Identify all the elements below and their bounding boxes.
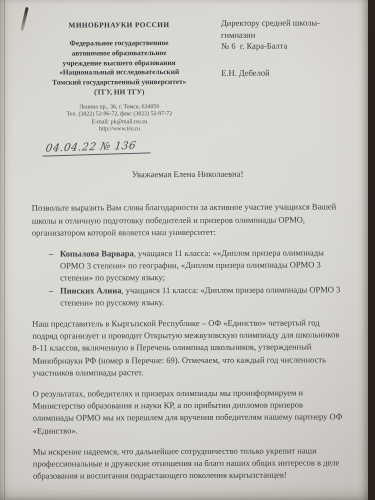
address-line: http://www.tsu.ru bbox=[31, 126, 207, 134]
organization-name: Федеральное государственное автономное о… bbox=[31, 38, 207, 98]
paragraph-olympiad: Наш представитель в Кыргызской Республик… bbox=[32, 316, 344, 378]
salutation: Уважаемая Елена Николаевна! bbox=[32, 169, 344, 180]
letter-paper: МИНОБРНАУКИ РОССИИ Федеральное государст… bbox=[0, 0, 368, 500]
list-dash-marker: – bbox=[49, 284, 60, 308]
paragraph-closing: Мы искренне надеемся, что дальнейшее сот… bbox=[33, 444, 345, 482]
sender-address: Ленина пр., 36, г. Томск, 634050 Тел. (3… bbox=[31, 104, 207, 134]
handwritten-date-number: 04.04.22 № 136 bbox=[43, 140, 153, 157]
organization-name-line: Томский государственный университет» bbox=[31, 77, 207, 88]
ministry-name: МИНОБРНАУКИ РОССИИ bbox=[31, 20, 207, 30]
organization-name-line: (ТГУ, НИ ТГУ) bbox=[31, 87, 207, 98]
recipient-address: Директору средней школы-гимназии № 6 г. … bbox=[221, 17, 343, 52]
winner-name: Пинских Алина bbox=[60, 285, 121, 295]
letterhead: МИНОБРНАУКИ РОССИИ Федеральное государст… bbox=[31, 11, 344, 155]
letter-content: МИНОБРНАУКИ РОССИИ Федеральное государст… bbox=[31, 11, 345, 500]
letter-body: Позвольте выразить Вам слова благодарнос… bbox=[32, 201, 345, 482]
pen-mark bbox=[20, 7, 28, 31]
paragraph-results: О результатах, победителях и призерах ол… bbox=[33, 386, 345, 436]
winners-list: – Копылова Варвара, учащаяся 11 класса: … bbox=[32, 246, 344, 308]
winner-text: Пинских Алина, учащаяся 11 класса: «Дипл… bbox=[60, 283, 344, 309]
winner-item: – Копылова Варвара, учащаяся 11 класса: … bbox=[32, 246, 344, 284]
scanned-letter-photo: МИНОБРНАУКИ РОССИИ Федеральное государст… bbox=[0, 0, 375, 500]
sender-block: МИНОБРНАУКИ РОССИИ Федеральное государст… bbox=[31, 12, 208, 155]
recipient-name: Е.Н. Дебелой bbox=[221, 67, 343, 78]
winner-item: – Пинских Алина, учащаяся 11 класса: «Ди… bbox=[32, 283, 344, 309]
winner-name: Копылова Варвара bbox=[60, 248, 134, 258]
paragraph-intro: Позвольте выразить Вам слова благодарнос… bbox=[32, 201, 344, 239]
winner-text: Копылова Варвара, учащаяся 11 класса: ««… bbox=[60, 246, 344, 284]
ref-number-handwritten: 04.04.22 № 136 bbox=[31, 138, 207, 157]
list-dash-marker: – bbox=[49, 248, 60, 285]
recipient-block: Директору средней школы-гимназии № 6 г. … bbox=[207, 11, 344, 154]
